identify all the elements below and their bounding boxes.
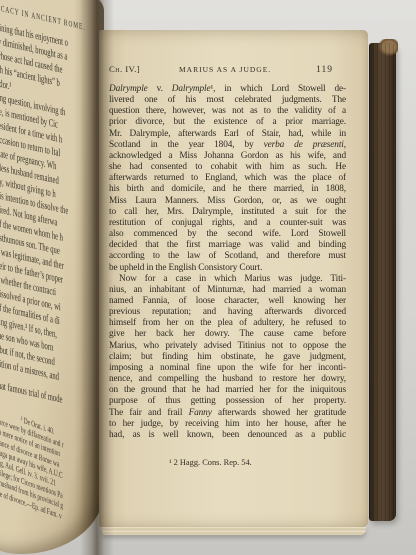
text-line: nence, and compelling the husband to res… (109, 374, 346, 385)
running-title: MARIUS AS A JUDGE. (140, 65, 316, 74)
text-line: prior divorce, but the existence of a pr… (109, 117, 346, 128)
text-line: had, as is well known, been denounced as… (109, 430, 346, 441)
left-page: OCACY IN ANCIENT ROME. gining that his e… (0, 0, 104, 554)
text-line: claim; but finding him obstinate, he gav… (109, 352, 346, 363)
right-page-header: Ch. IV.] MARIUS AS A JUDGE. 119 (109, 64, 346, 75)
text-line: question there, however, was not as to t… (109, 106, 346, 117)
text-line: she had consented to cohabit with him as… (109, 162, 346, 173)
text-line: decided that the first marriage was vali… (109, 240, 346, 251)
text-line: give her back her dowry. The cause came … (109, 329, 346, 340)
text-line: be upheld in the English Consistory Cour… (109, 263, 346, 274)
page-edges (102, 527, 366, 535)
right-page: Ch. IV.] MARIUS AS A JUDGE. 119 Dalrympl… (99, 30, 368, 527)
text-line: on the ground that he had married her fo… (109, 385, 346, 396)
book-spine (369, 43, 396, 521)
text-line: previous reputation; and having afterwar… (109, 307, 346, 318)
text-line: restitution of conjugal rights, and a co… (109, 218, 346, 229)
text-line: nius, an inhabitant of Minturnæ, had mar… (109, 285, 346, 296)
chapter-label: Ch. IV.] (109, 64, 140, 74)
right-page-body: Dalrymple v. Dalrymple¹, in which Lord S… (109, 84, 346, 441)
text-line: also commenced by the second wife. Lord … (109, 229, 346, 240)
book-photo: OCACY IN ANCIENT ROME. gining that his e… (0, 0, 416, 555)
text-line: to her judge, by receiving him into her … (109, 419, 346, 430)
text-line: Mr. Dalrymple, afterwards Earl of Stair,… (109, 129, 346, 140)
text-line: himself from her on the plea of adultery… (109, 318, 346, 329)
text-line: Miss Laura Manners. Miss Gordon, or, as … (109, 196, 346, 207)
text-line: The fair and frail Fanny afterwards show… (109, 408, 346, 419)
text-line: purpose of thus getting possession of he… (109, 396, 346, 407)
page-number: 119 (316, 65, 333, 75)
text-line: Now for a case in which Marius was judge… (109, 274, 346, 285)
text-line: Scotland in the year 1804, by verba de p… (109, 140, 346, 151)
text-line: his birth and domicile, and he there mar… (109, 184, 346, 195)
text-line: Marius, who privately advised Titinius n… (109, 341, 346, 352)
text-line: named Fannia, of loose character, well k… (109, 296, 346, 307)
text-line: Dalrymple v. Dalrymple¹, in which Lord S… (109, 84, 346, 95)
right-page-footnote: ¹ 2 Hagg. Cons. Rep. 54. (109, 458, 346, 467)
text-line: imposing a nominal fine upon the wife fo… (109, 363, 346, 374)
text-line: livered one of his most celebrated judgm… (109, 95, 346, 106)
text-line: according to the law of Scotland, and th… (109, 251, 346, 262)
text-line: afterwards returned to England, which wa… (109, 173, 346, 184)
text-line: to call her, Mrs. Dalrymple, instituted … (109, 207, 346, 218)
text-line: acknowledged a Miss Johanna Gordon as hi… (109, 151, 346, 162)
